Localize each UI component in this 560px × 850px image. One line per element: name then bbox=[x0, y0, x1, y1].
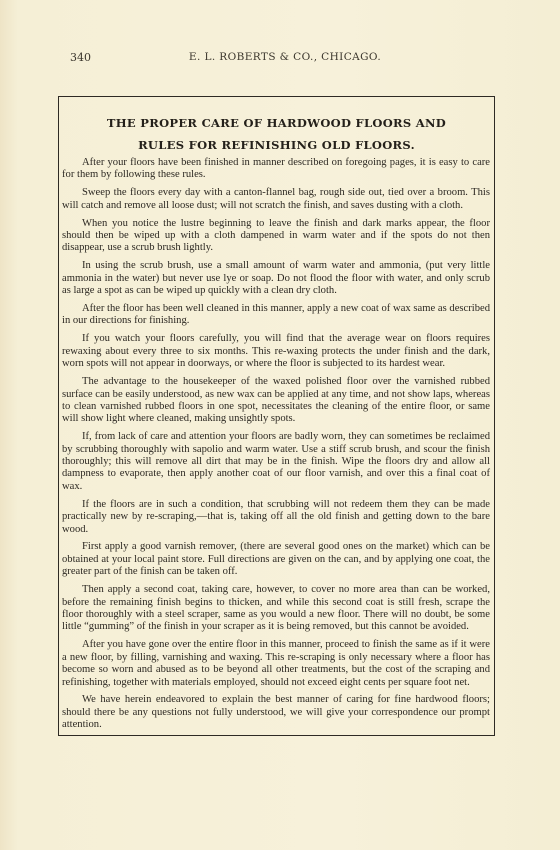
article-body: After your floors have been finished in … bbox=[62, 157, 490, 737]
running-head: E. L. ROBERTS & CO., CHICAGO. bbox=[0, 51, 560, 63]
paragraph: When you notice the lustre beginning to … bbox=[62, 218, 490, 255]
paragraph: If you watch your floors carefully, you … bbox=[62, 333, 490, 370]
paragraph: In using the scrub brush, use a small am… bbox=[62, 260, 490, 297]
paragraph: After the floor has been well cleaned in… bbox=[62, 303, 490, 328]
article-title-line-2: RULES FOR REFINISHING OLD FLOORS. bbox=[58, 138, 495, 152]
paragraph: After your floors have been finished in … bbox=[62, 157, 490, 182]
paragraph: We have herein endeavored to explain the… bbox=[62, 694, 490, 731]
article-title-line-1: THE PROPER CARE OF HARDWOOD FLOORS AND bbox=[58, 116, 495, 130]
paragraph: If the floors are in such a condition, t… bbox=[62, 499, 490, 536]
paragraph: First apply a good varnish remover, (the… bbox=[62, 541, 490, 578]
paragraph: Sweep the floors every day with a canton… bbox=[62, 187, 490, 212]
paragraph: If, from lack of care and attention your… bbox=[62, 431, 490, 493]
paragraph: The advantage to the housekeeper of the … bbox=[62, 376, 490, 426]
paragraph: After you have gone over the entire floo… bbox=[62, 639, 490, 689]
paragraph: Then apply a second coat, taking care, h… bbox=[62, 584, 490, 634]
